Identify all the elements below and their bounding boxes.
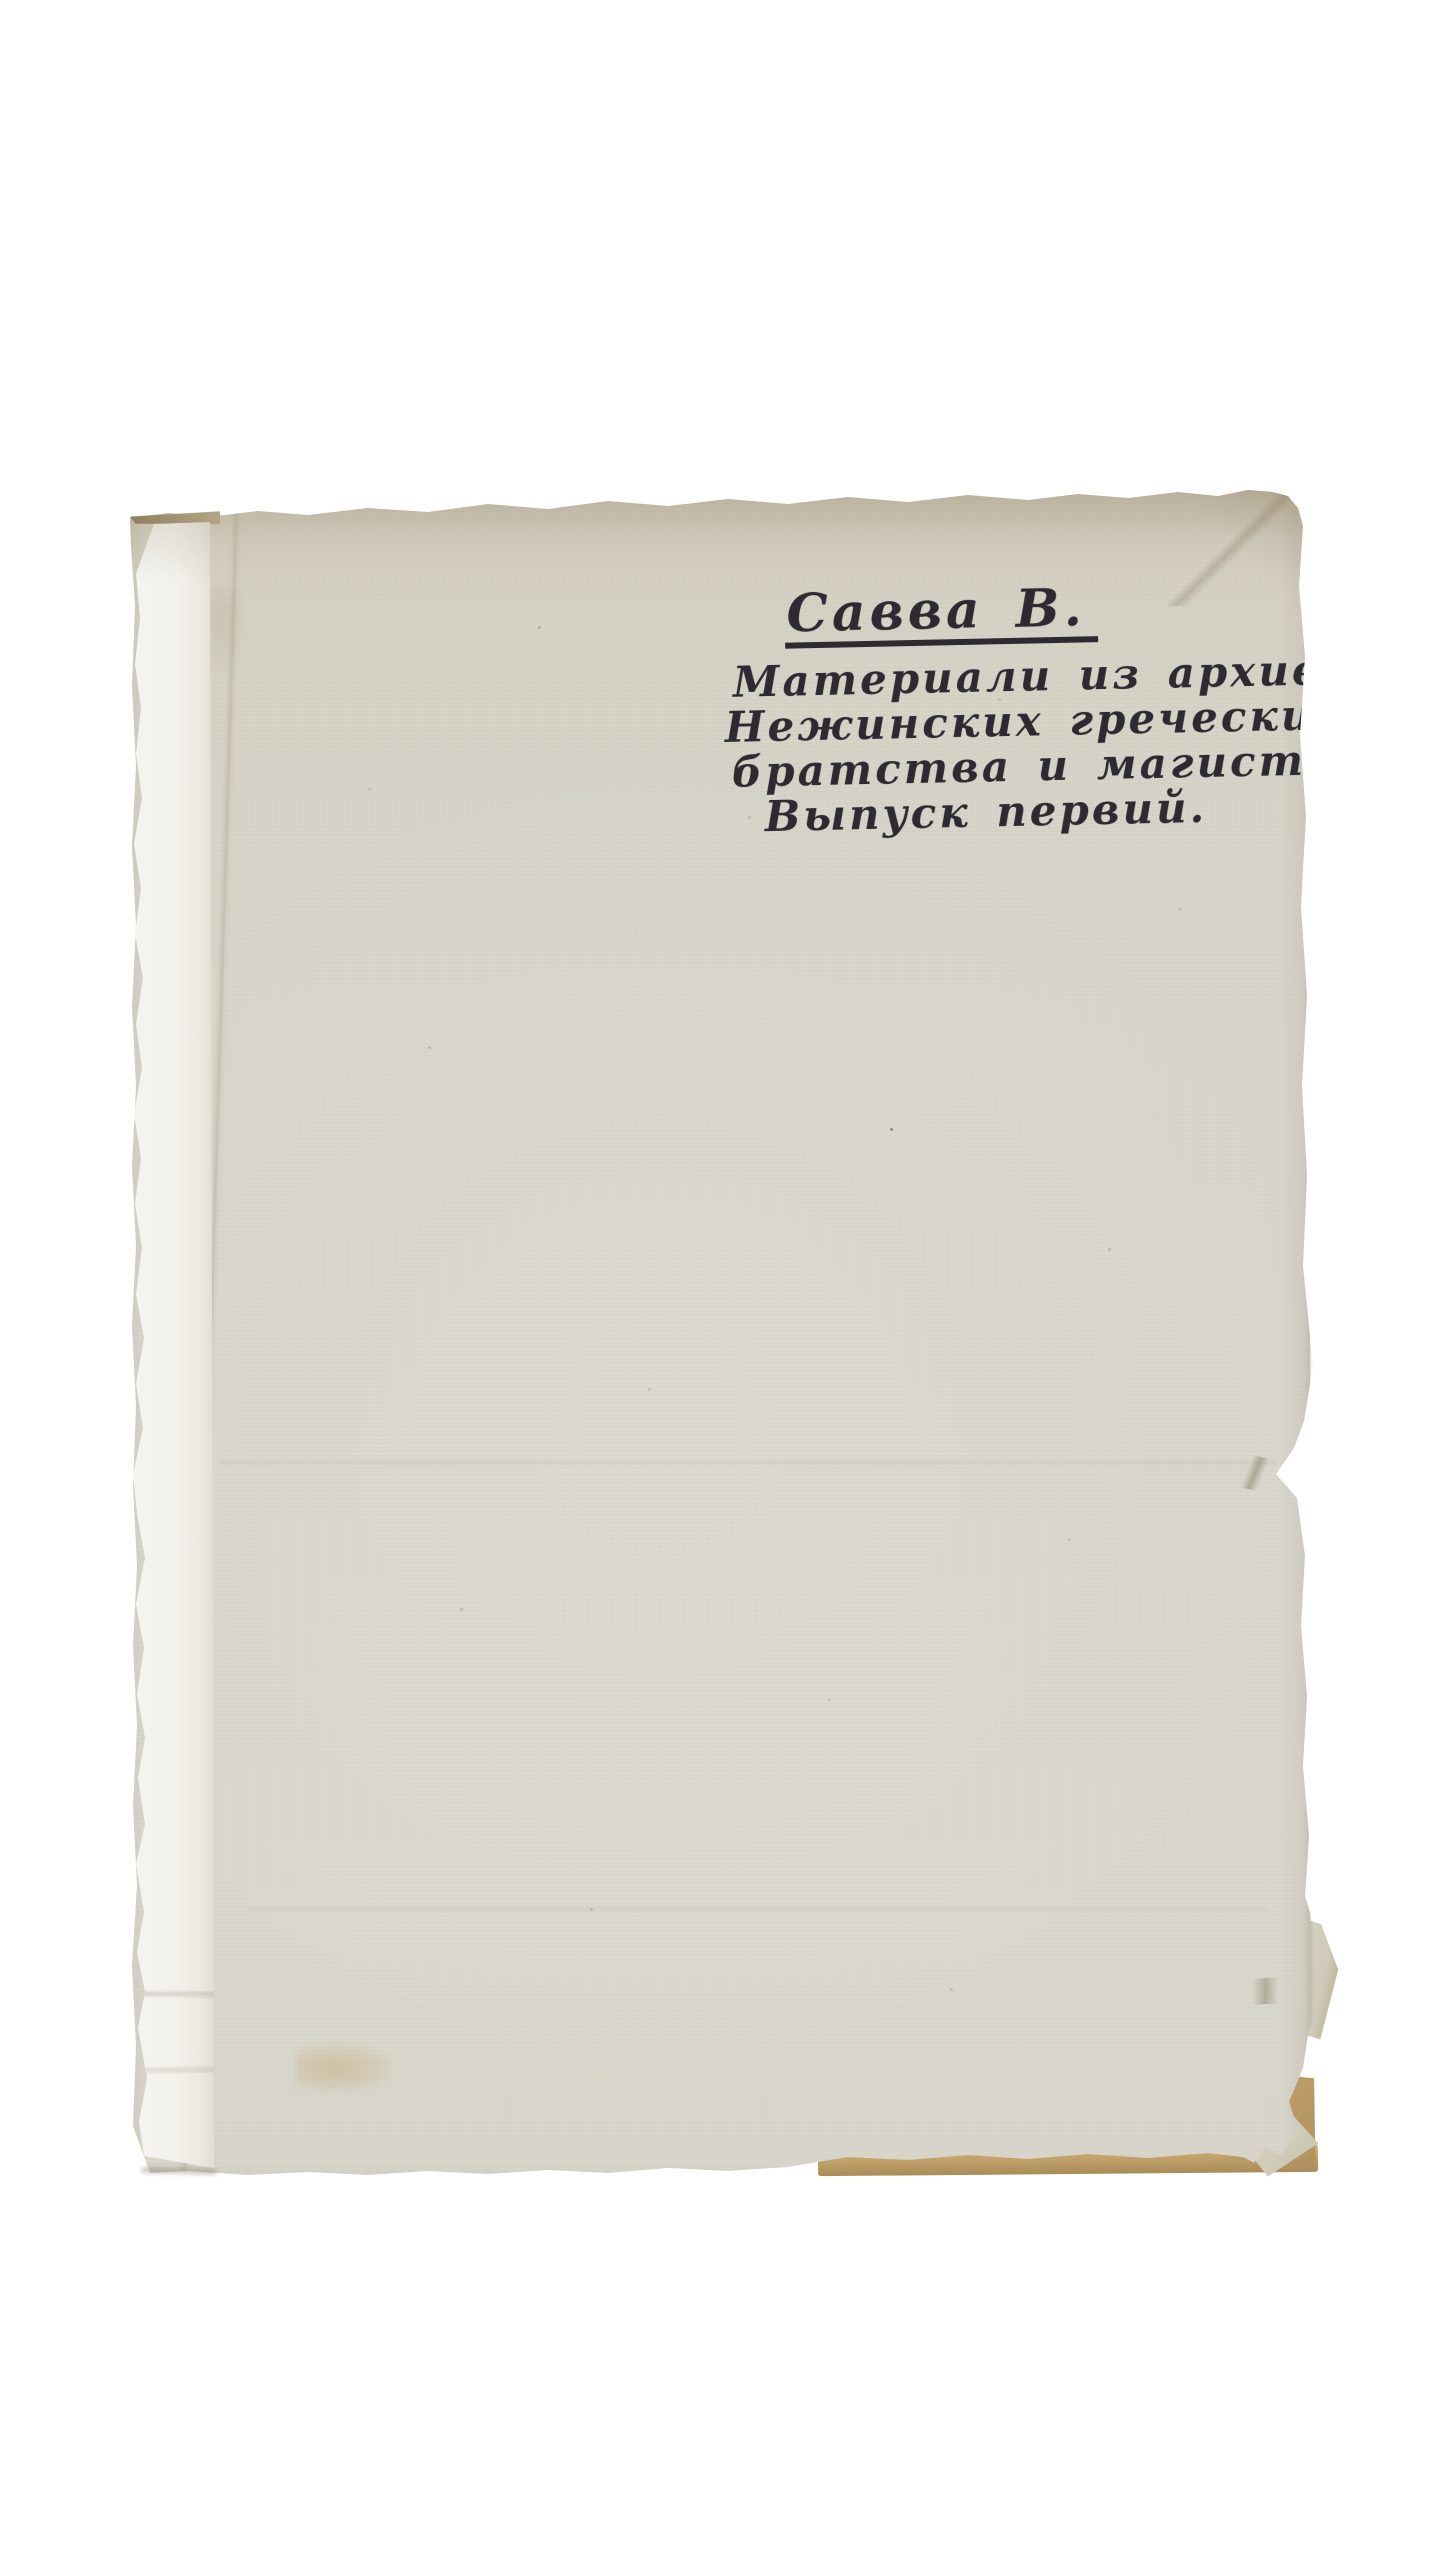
front-cover: Савва В. Материали из архива Нежинских г… xyxy=(128,486,1310,2192)
spine-tape-bottom-shadow xyxy=(142,2167,216,2175)
horizontal-crease xyxy=(248,1904,1268,1913)
stain xyxy=(296,2044,392,2092)
spine-tape-crease xyxy=(132,1989,218,2000)
author-line: Савва В. xyxy=(784,577,1323,648)
paper-specks xyxy=(128,486,131,489)
horizontal-crease xyxy=(218,1458,1278,1467)
spine-tape xyxy=(132,522,218,2172)
author-name-underlined: Савва В. xyxy=(784,582,1098,649)
book-cover-photo: Савва В. Материали из архива Нежинских г… xyxy=(0,0,1440,2560)
handwritten-inscription: Савва В. Материали из архива Нежинских г… xyxy=(722,577,1327,840)
book: Савва В. Материали из архива Нежинских г… xyxy=(128,486,1310,2192)
